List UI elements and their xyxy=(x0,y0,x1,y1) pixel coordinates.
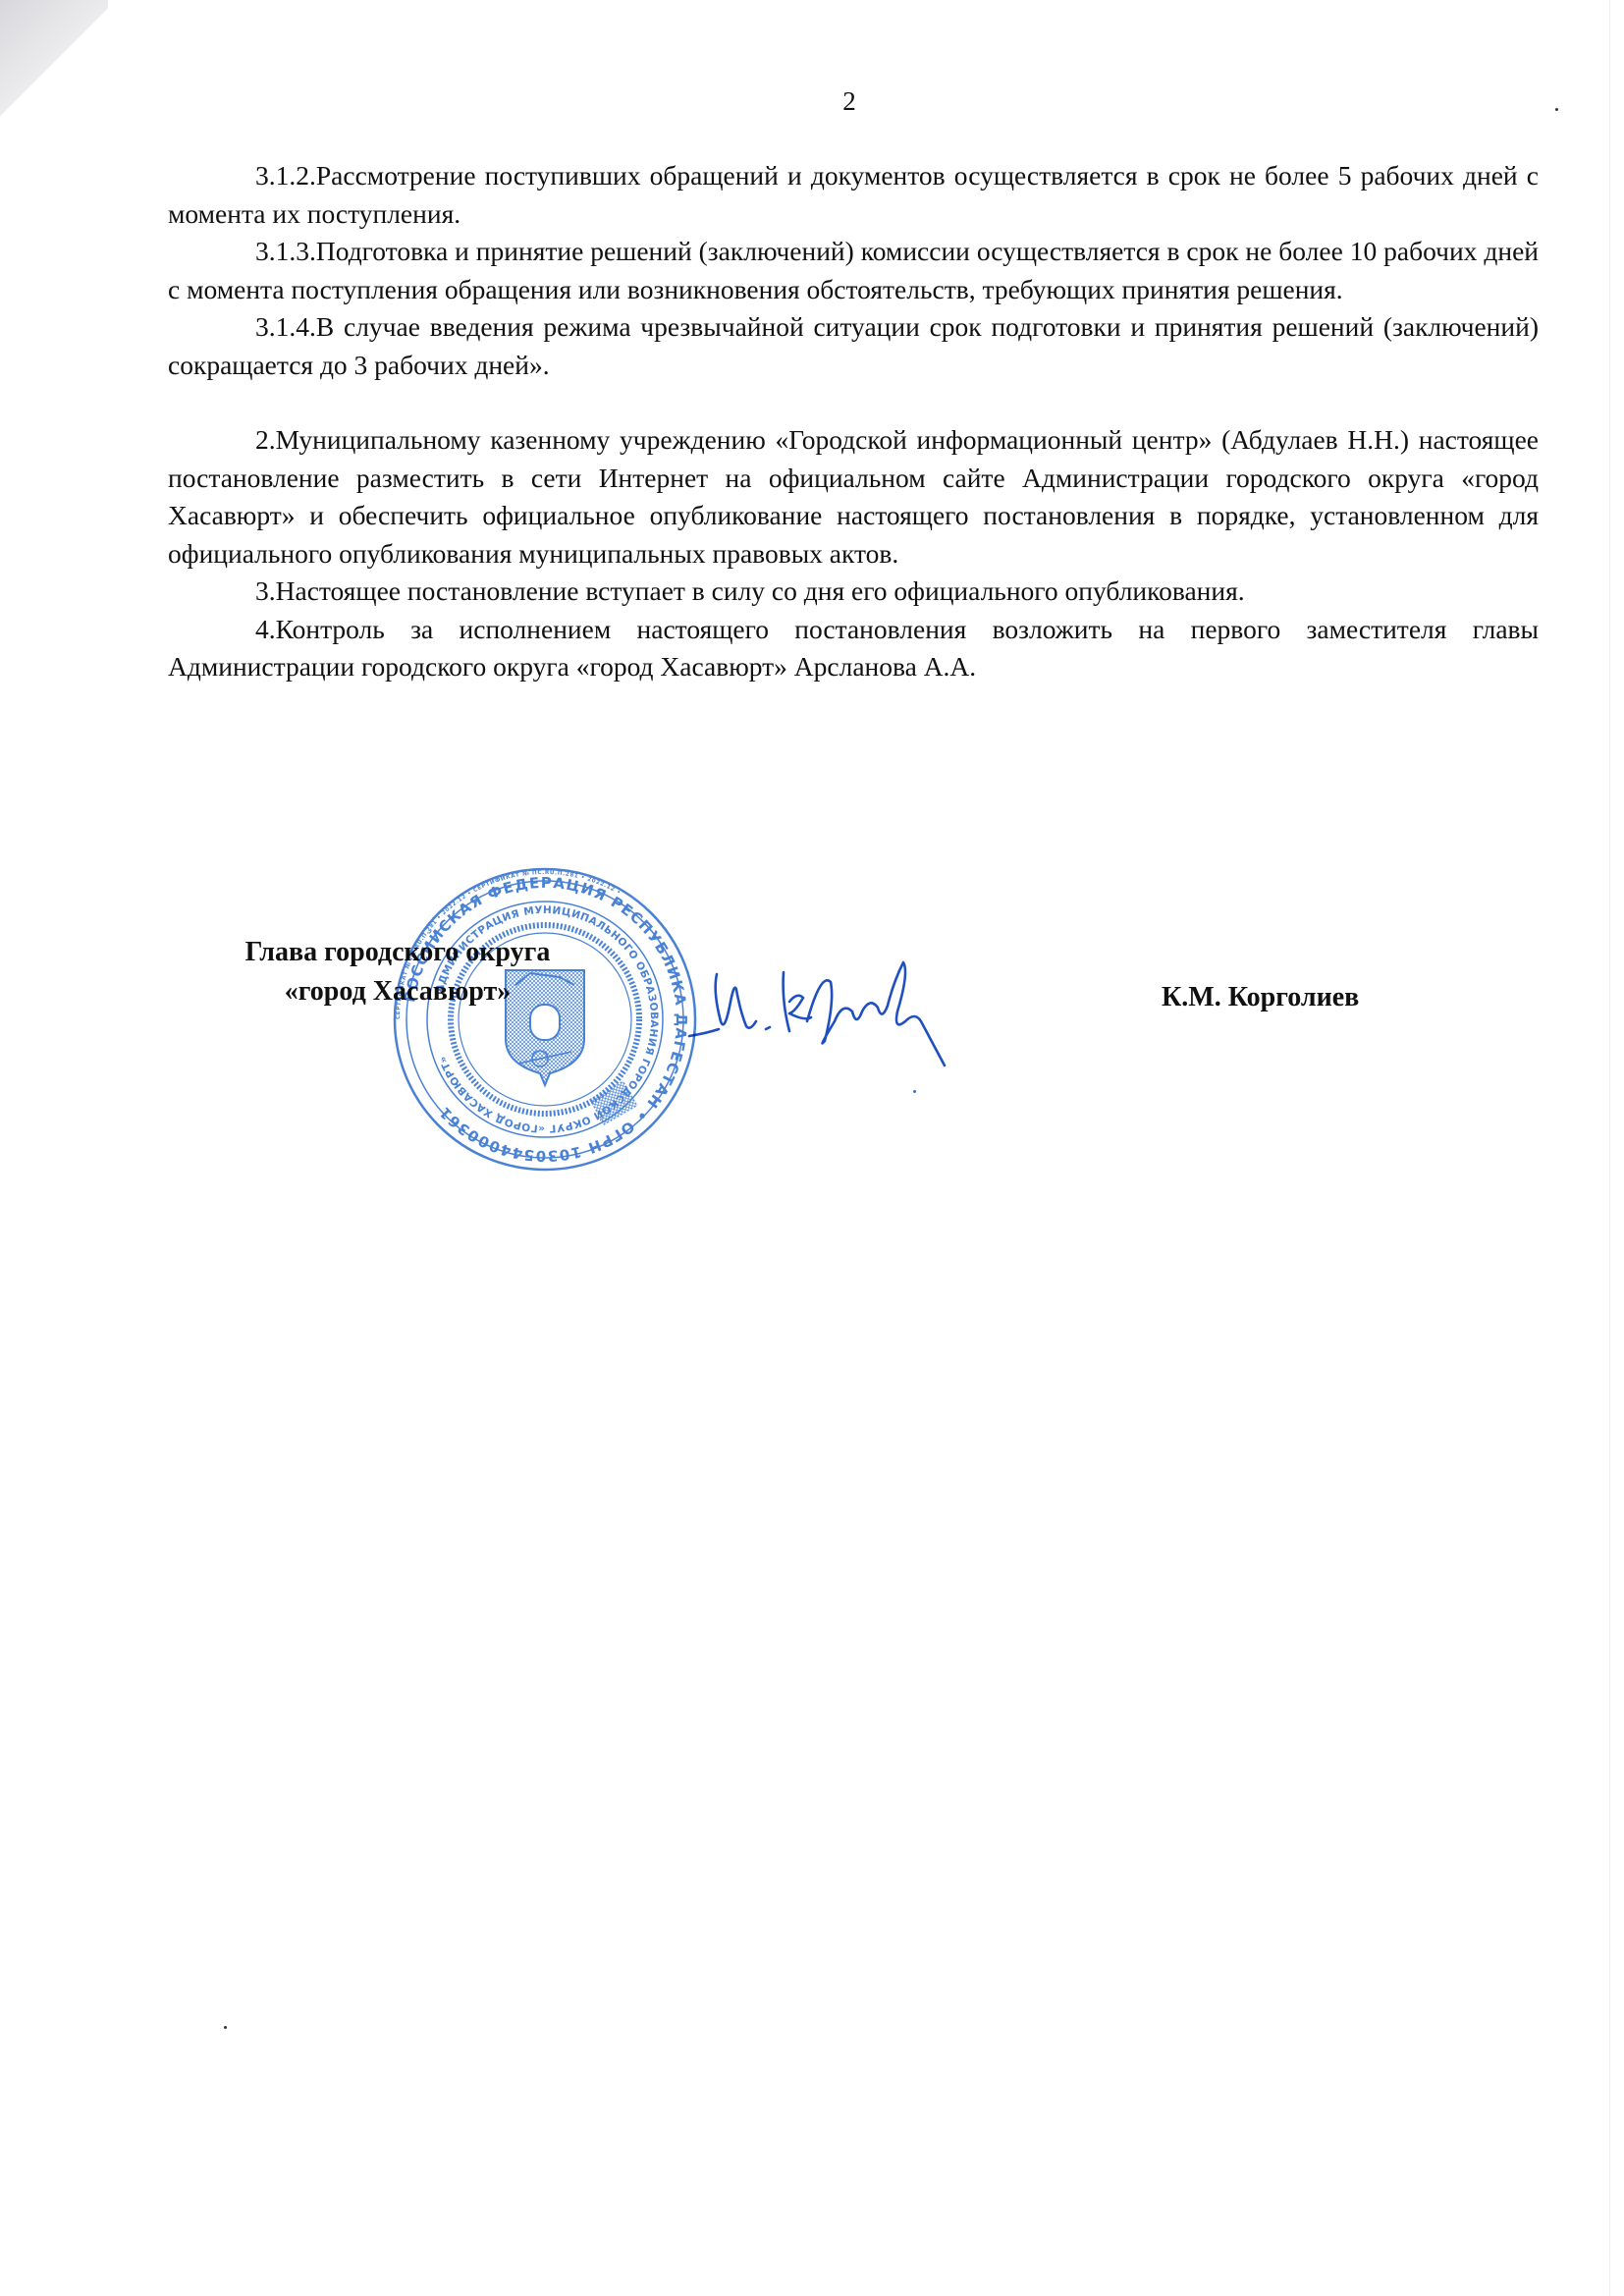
scan-edge-line xyxy=(1609,0,1610,2296)
paragraph-gap xyxy=(168,384,1539,421)
signatory-name: К.М. Корголиев xyxy=(1162,982,1359,1013)
paragraph-3-1-3: 3.1.3.Подготовка и принятие решений (зак… xyxy=(168,233,1539,308)
paragraph-3-1-2: 3.1.2.Рассмотрение поступивших обращений… xyxy=(168,157,1539,233)
paragraph-3-1-4: 3.1.4.В случае введения режима чрезвычай… xyxy=(168,308,1539,384)
ink-speck xyxy=(913,1090,916,1093)
scan-corner-shadow xyxy=(0,0,108,147)
paragraph-2-publication: 2.Муниципальному казенному учреждению «Г… xyxy=(168,421,1539,573)
page-number: 2 xyxy=(0,86,1624,117)
scan-speck xyxy=(1555,108,1558,111)
paragraph-3-effective: 3.Настоящее постановление вступает в сил… xyxy=(168,573,1539,611)
scan-speck xyxy=(224,2026,227,2029)
handwritten-signature xyxy=(687,943,952,1070)
document-body: 3.1.2.Рассмотрение поступивших обращений… xyxy=(168,157,1539,686)
official-seal-stamp-icon: СЕРТИФИКАТ № ПС.RU.П.281 • 2022.12 • СЕР… xyxy=(393,867,697,1172)
paragraph-4-control: 4.Контроль за исполнением настоящего пос… xyxy=(168,611,1539,686)
